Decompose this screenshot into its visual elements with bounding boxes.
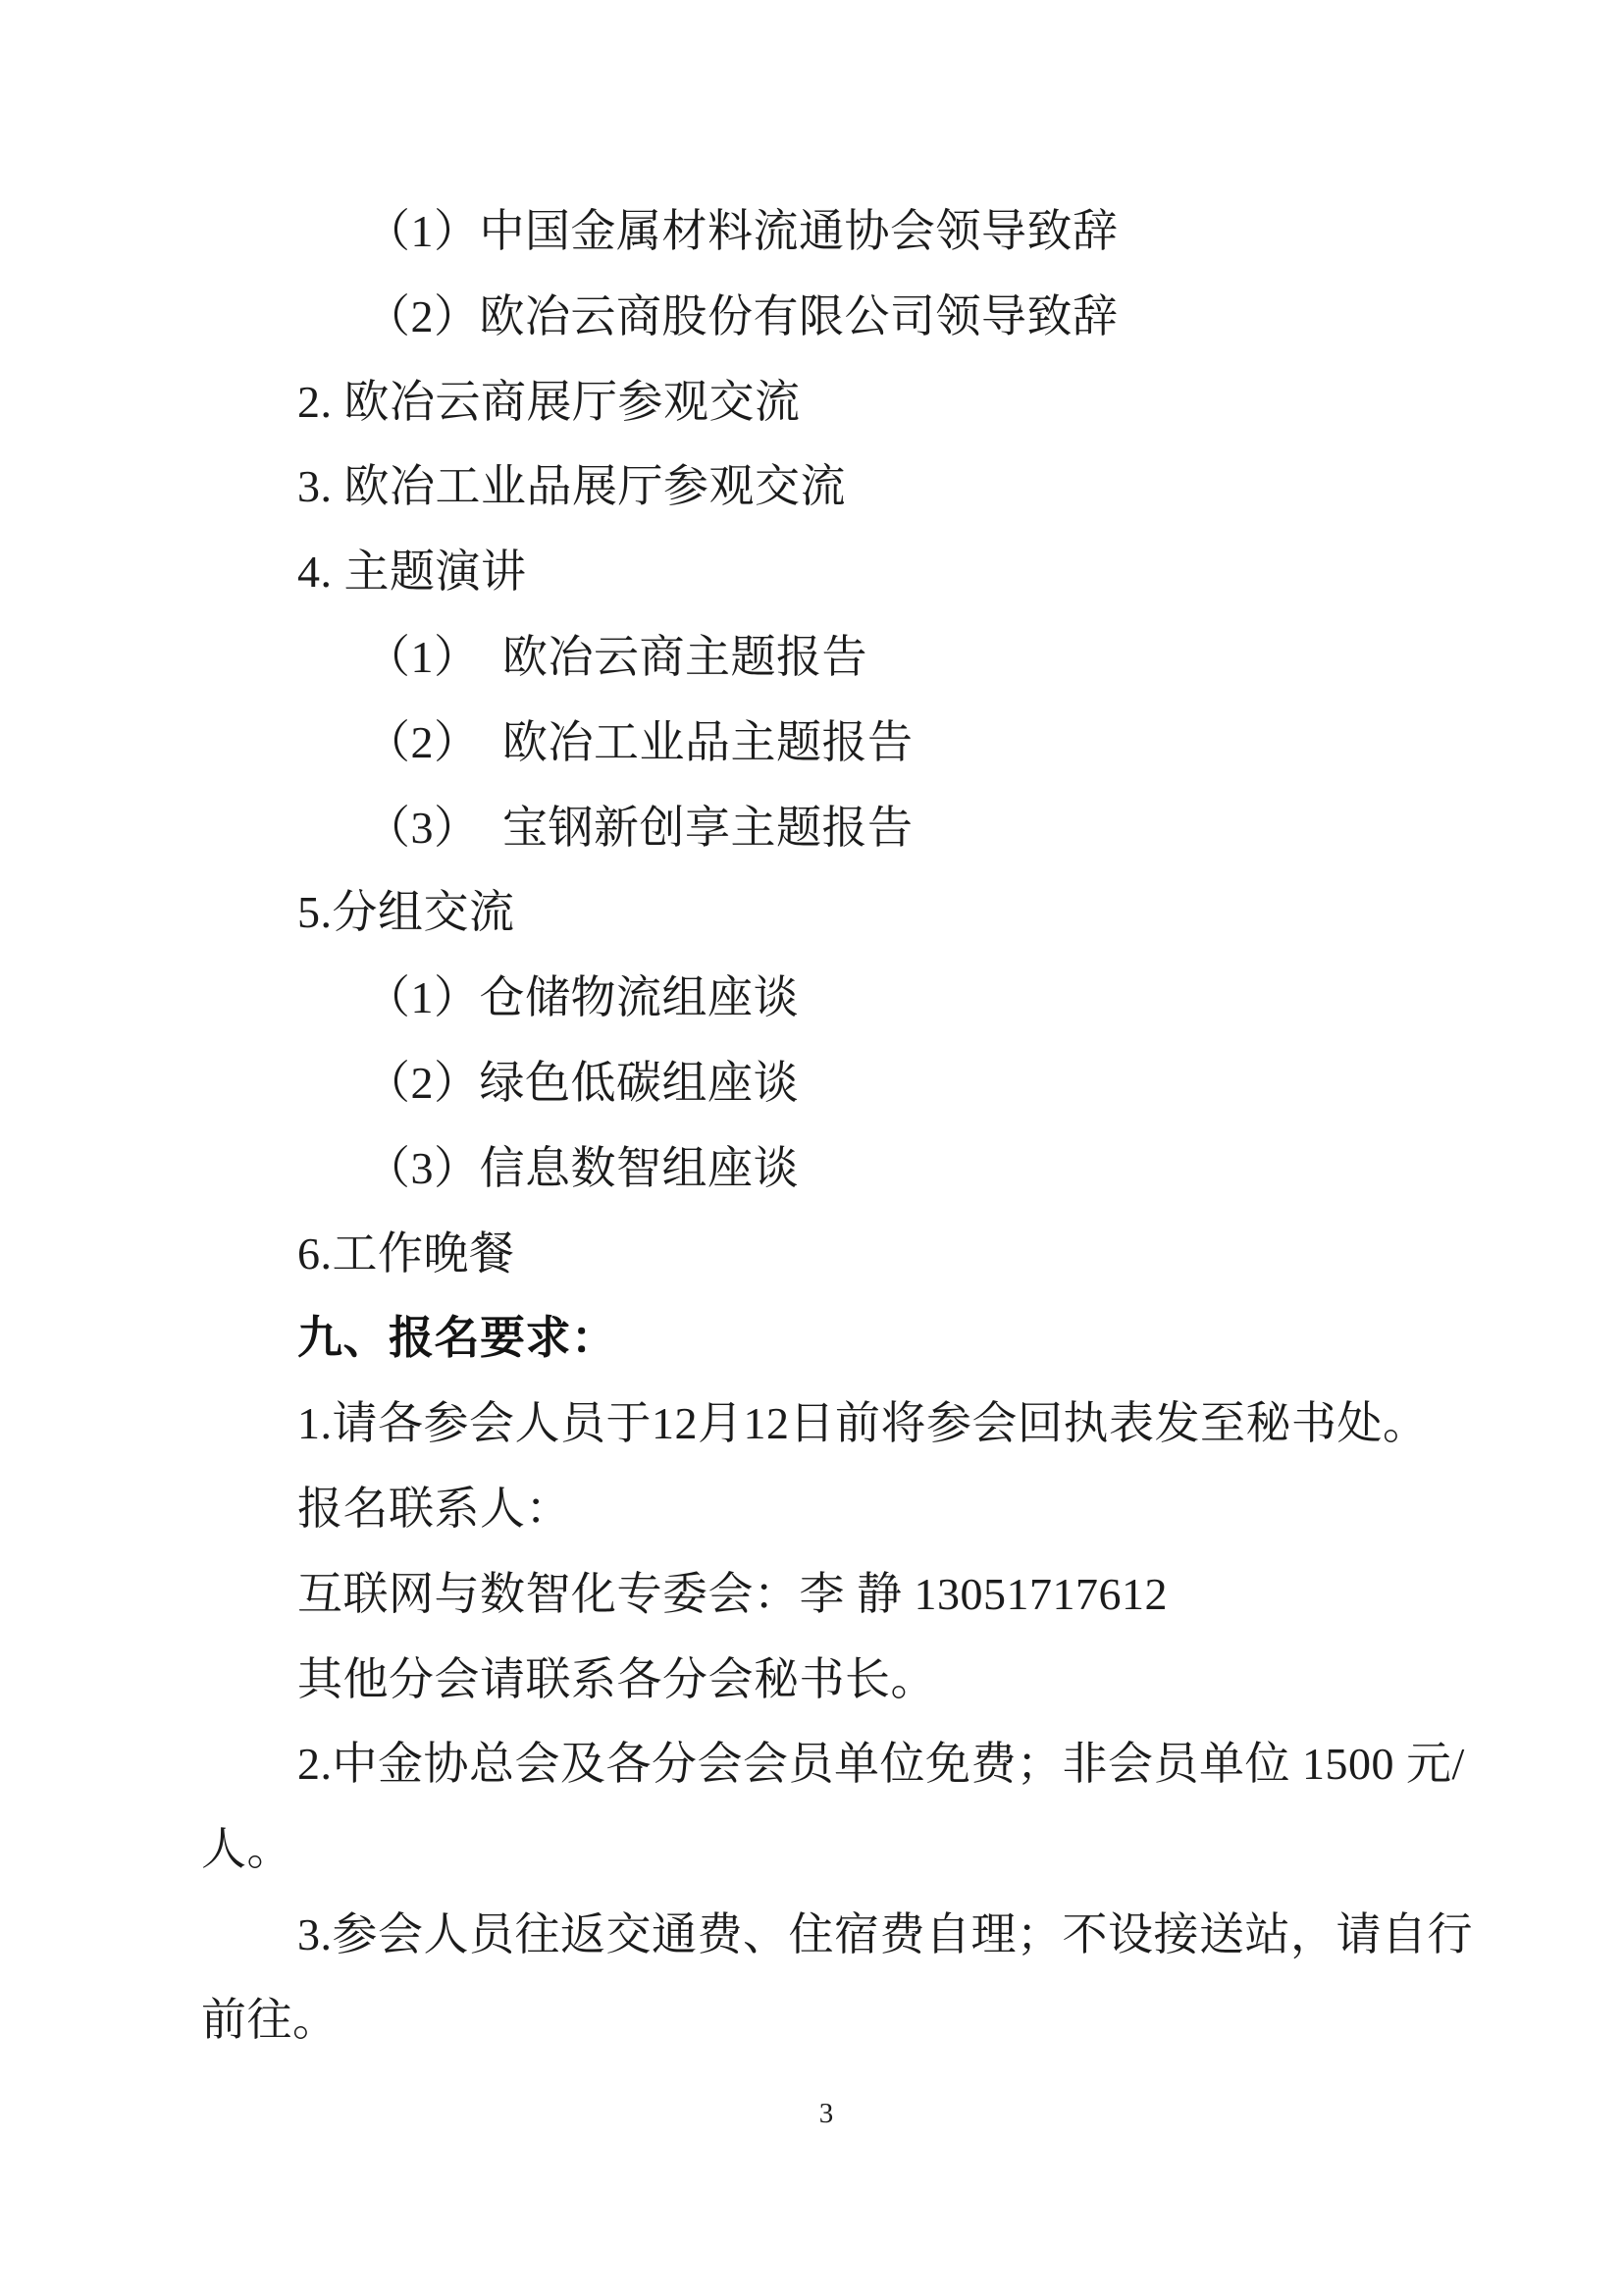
document-line: 5.分组交流 [297, 870, 1447, 956]
document-line: 3.参会人员往返交通费、住宿费自理；不设接送站，请自行 [297, 1893, 1447, 1978]
document-line: 其他分会请联系各分会秘书长。 [297, 1638, 1447, 1723]
document-line: 前往。 [201, 1978, 1447, 2063]
document-line: （2） 欧冶工业品主题报告 [365, 701, 1447, 786]
document-line: （2）绿色低碳组座谈 [365, 1041, 1447, 1126]
document-line: （3） 宝钢新创享主题报告 [365, 786, 1447, 871]
document-line: 九、报名要求： [297, 1296, 1447, 1382]
document-line: 2.中金协总会及各分会会员单位免费；非会员单位 1500 元/ [297, 1722, 1447, 1807]
document-line: 4. 主题演讲 [297, 530, 1447, 615]
document-body: （1）中国金属材料流通协会领导致辞（2）欧冶云商股份有限公司领导致辞2. 欧冶云… [201, 189, 1447, 2063]
document-line: 互联网与数智化专委会：李 静 13051717612 [297, 1552, 1447, 1638]
document-line: 2. 欧冶云商展厅参观交流 [297, 360, 1447, 445]
document-line: 3. 欧冶工业品展厅参观交流 [297, 444, 1447, 530]
document-line: 6.工作晚餐 [297, 1212, 1447, 1297]
document-line: （3）信息数智组座谈 [365, 1126, 1447, 1212]
document-line: （1）仓储物流组座谈 [365, 956, 1447, 1041]
document-line: 报名联系人： [297, 1467, 1447, 1552]
document-line: 人。 [201, 1807, 1447, 1893]
page-number: 3 [15, 2098, 1623, 2130]
document-page: （1）中国金属材料流通协会领导致辞（2）欧冶云商股份有限公司领导致辞2. 欧冶云… [0, 0, 1623, 2296]
document-line: （2）欧冶云商股份有限公司领导致辞 [365, 275, 1447, 360]
document-line: （1）中国金属材料流通协会领导致辞 [365, 189, 1447, 275]
document-line: 1.请各参会人员于12月12日前将参会回执表发至秘书处。 [297, 1382, 1447, 1467]
document-line: （1） 欧冶云商主题报告 [365, 615, 1447, 701]
